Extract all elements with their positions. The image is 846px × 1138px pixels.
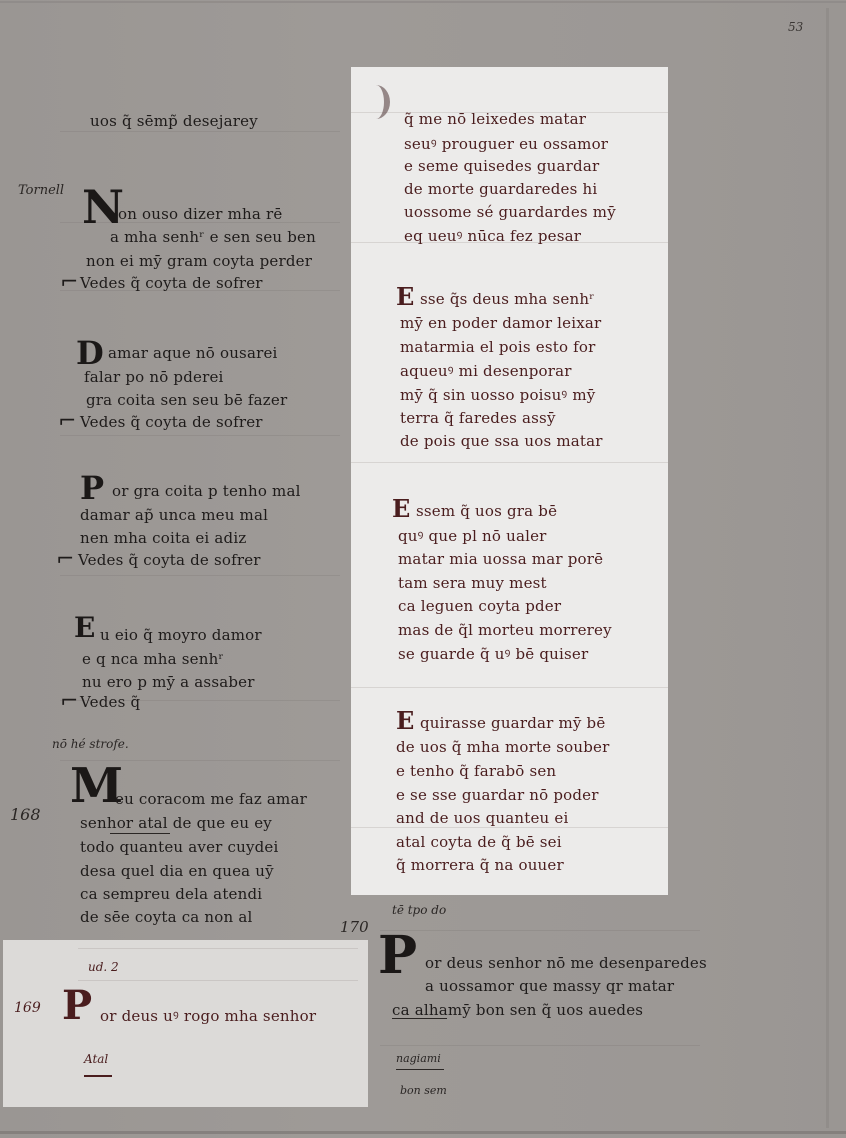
verse-line: de morte guardaredes hi — [404, 180, 597, 198]
verse-line: e q nca mha senhʳ — [82, 650, 224, 668]
ruling-line — [60, 131, 340, 132]
verse-line: falar po nō pderei — [84, 368, 224, 386]
verse-line: eu coracom me faz amar — [115, 790, 307, 808]
verse-line: a mha senhʳ e sen seu ben — [110, 228, 316, 246]
drop-cap-d: D — [76, 337, 104, 369]
verse-line: a uossamor que massy qr matar — [425, 977, 674, 995]
drop-cap-e: E — [74, 614, 95, 642]
verse-line: ca alhamȳ bon sen q̃ uos auedes — [392, 1001, 643, 1019]
verse-line: mas de q̃l morteu morrerey — [398, 621, 612, 639]
verse-line: todo quanteu aver cuydei — [80, 838, 279, 856]
verse-line: se guarde q̃ uꝰ bē quiser — [398, 644, 588, 664]
verse-line: desa quel dia en quea uȳ — [80, 862, 274, 880]
verse-line: uossome sé guardardes mȳ — [404, 203, 616, 221]
margin-note: nagiami — [396, 1052, 441, 1065]
verse-line: e se sse guardar nō poder — [396, 786, 599, 804]
faint-ruling — [351, 687, 668, 688]
verse-line: tam sera muy mest — [398, 574, 547, 592]
verse-line: mȳ en poder damor leixar — [400, 314, 601, 332]
verse-line: nen mha coita ei adiz — [80, 529, 246, 547]
manuscript-page: 53 uos q̃ sēmp̃ desejarey Tornell N on o… — [0, 0, 846, 1138]
verse-line: nu ero p mȳ a assaber — [82, 673, 255, 691]
page-edge-right — [826, 8, 829, 1128]
refrain-line: Vedes q̃ coyta de sofrer — [80, 274, 263, 292]
verse-line: mȳ q̃ sin uosso poisuꝰ mȳ — [400, 385, 595, 405]
poem-number-169: 169 — [14, 1000, 41, 1016]
margin-note-ud2: ud. 2 — [88, 960, 119, 974]
verse-line: gra coita sen seu bē fazer — [86, 391, 287, 409]
verse-line: senhor atal de que eu ey — [80, 814, 272, 832]
verse-line: de sēe coyta ca non al — [80, 908, 252, 926]
verse-line: de pois que ssa uos matar — [400, 432, 603, 450]
verse-line: de uos q̃ mha morte souber — [396, 738, 610, 756]
faint-ruling — [351, 827, 668, 828]
underline-mark — [396, 1069, 444, 1070]
paragraph-mark: ⌐ — [60, 691, 78, 713]
faint-ruling — [78, 948, 358, 949]
drop-cap-p: P — [80, 472, 104, 504]
verse-line: ssem q̃ uos gra bē — [416, 502, 557, 520]
verse-line: u eio q̃ moyro damor — [100, 626, 262, 644]
verse-line: ca leguen coyta pder — [398, 597, 561, 615]
verse-line: quꝰ que pl nō ualer — [398, 526, 547, 546]
page-edge-top — [0, 1, 846, 3]
verse-line: seuꝰ prouguer eu ossamor — [404, 134, 608, 154]
page-edge-bottom — [0, 1131, 846, 1134]
margin-note-strofe: nō hé strofe. — [52, 737, 129, 751]
margin-note-tornell: Tornell — [18, 183, 64, 198]
verse-line: q̃ morrera q̃ na ouuer — [396, 856, 564, 874]
verse-line: aqueuꝰ mi desenporar — [400, 361, 572, 381]
faint-ruling — [351, 462, 668, 463]
drop-cap-p: P — [378, 930, 417, 982]
underline-mark — [392, 1018, 447, 1019]
drop-cap-e: E — [392, 497, 410, 521]
rubric-atal: Atal — [84, 1052, 108, 1066]
verse-line: quirasse guardar mȳ bē — [420, 714, 605, 732]
verse-line: non ei mȳ gram coyta perder — [86, 252, 312, 270]
ruling-line — [380, 1045, 700, 1046]
margin-note-top: tē tpo do — [392, 903, 446, 917]
faint-ruling — [78, 980, 358, 981]
underline-mark — [84, 1075, 112, 1077]
verse-line: eq ueuꝰ nūca fez pesar — [404, 226, 581, 246]
verse-line: matar mia uossa mar porē — [398, 550, 603, 568]
verse-line: matarmia el pois esto for — [400, 338, 596, 356]
verse-line: or deus uꝰ rogo mha senhor — [100, 1006, 316, 1026]
folio-number: 53 — [788, 20, 803, 34]
verse-line: on ouso dizer mha rē — [118, 205, 282, 223]
verse-line: or deus senhor nō me desenparedes — [425, 954, 707, 972]
drop-cap-e: E — [396, 709, 414, 733]
verse-line: or gra coita p tenho mal — [112, 482, 301, 500]
verse-line: and de uos quanteu ei — [396, 809, 568, 827]
drop-cap-e: E — [396, 285, 414, 309]
verse-line: amar aque nō ousarei — [108, 344, 278, 362]
verse-line: ca sempreu dela atendi — [80, 885, 262, 903]
refrain-line: Vedes q̃ coyta de sofrer — [78, 551, 261, 569]
verse-line: q̃ me nō leixedes matar — [404, 110, 586, 128]
ruling-line — [380, 930, 700, 931]
margin-note: bon sem — [400, 1084, 447, 1097]
ruling-line — [60, 435, 340, 436]
paragraph-mark: ⌐ — [56, 549, 74, 571]
paragraph-mark: ⌐ — [60, 272, 78, 294]
refrain-line: Vedes q̃ coyta de sofrer — [80, 413, 263, 431]
carryover-line: uos q̃ sēmp̃ desejarey — [90, 112, 258, 130]
verse-line: e tenho q̃ farabō sen — [396, 762, 556, 780]
verse-line: e seme quisedes guardar — [404, 157, 599, 175]
verse-line: atal coyta de q̃ bē sei — [396, 833, 562, 851]
paragraph-mark: ⌐ — [58, 411, 76, 433]
poem-number-170: 170 — [340, 918, 369, 936]
poem-number-168: 168 — [10, 805, 41, 824]
verse-line: sse q̃s deus mha senhʳ — [420, 290, 595, 308]
ink-bleed-mark — [362, 85, 390, 119]
drop-cap-p: P — [62, 986, 92, 1026]
verse-line: terra q̃ faredes assȳ — [400, 409, 556, 427]
verse-line: damar ap̃ unca meu mal — [80, 506, 268, 524]
underline-mark — [110, 833, 170, 834]
refrain-line: Vedes q̃ — [80, 693, 140, 711]
ruling-line — [60, 575, 340, 576]
